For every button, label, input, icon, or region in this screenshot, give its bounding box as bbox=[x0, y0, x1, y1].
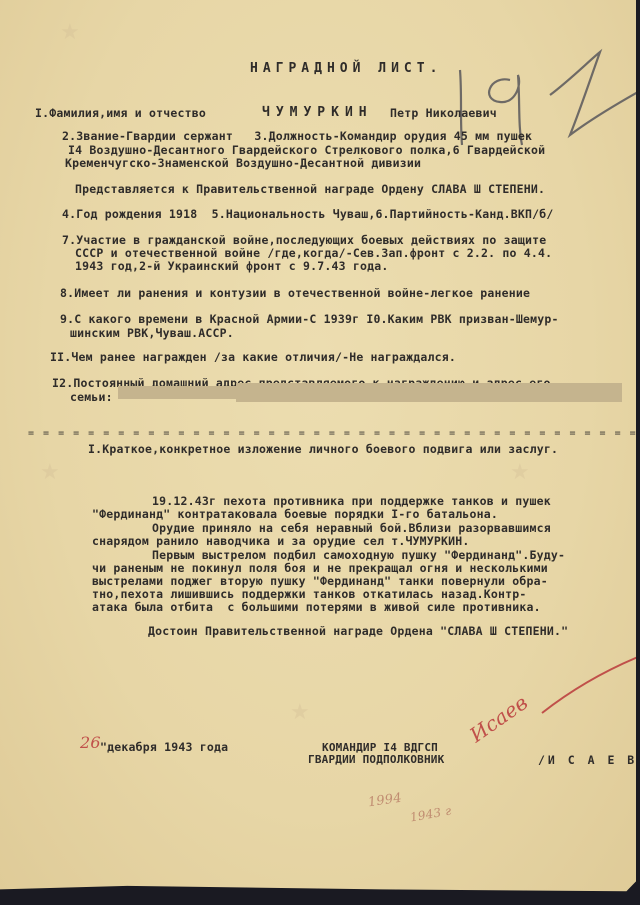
award-sheet-page: ★ ★ ★ ★ НАГРАДНОЙ ЛИСТ. I.Фамилия,имя и … bbox=[0, 0, 636, 893]
conclusion-line: Достоин Правительственной награде Ордена… bbox=[148, 625, 568, 638]
field-1-given-names: Петр Николаевич bbox=[390, 107, 497, 120]
field-10-conscription-office: шинским РВК,Чуваш.АССР. bbox=[70, 327, 234, 340]
faded-handwriting: 1994 bbox=[367, 792, 402, 810]
field-3-division: Кременчугско-Знаменской Воздушно-Десантн… bbox=[65, 157, 421, 170]
redacted-address bbox=[236, 383, 622, 402]
nomination-line: Представляется к Правительственной награ… bbox=[75, 183, 545, 196]
handwritten-date-day: 26 bbox=[80, 736, 101, 749]
field-4-birth-nationality-party: 4.Год рождения 1918 5.Национальность Чув… bbox=[62, 208, 554, 221]
separator-line: = = = = = = = = = = = = = = = = = = = = … bbox=[28, 428, 640, 439]
watermark-star-icon: ★ bbox=[60, 20, 80, 45]
faded-handwriting: 1943 г bbox=[409, 804, 452, 824]
narrative-line: атака была отбита с большими потерями в … bbox=[92, 601, 541, 614]
handwritten-signature: Исаев bbox=[469, 695, 530, 743]
field-1-surname: ЧУМУРКИН bbox=[262, 106, 373, 119]
field-2-rank-position: 2.Звание-Гвардии сержант 3.Должность-Ком… bbox=[62, 130, 532, 143]
document-title: НАГРАДНОЙ ЛИСТ. bbox=[250, 62, 442, 75]
watermark-star-icon: ★ bbox=[510, 460, 530, 485]
field-11-previous-awards: II.Чем ранее награжден /за какие отличия… bbox=[50, 351, 456, 364]
field-9-10-service: 9.С какого времени в Красной Армии-С 193… bbox=[60, 313, 559, 326]
field-8-wounds: 8.Имеет ли ранения и контузии в отечеств… bbox=[60, 287, 530, 300]
watermark-star-icon: ★ bbox=[40, 460, 60, 485]
signatory-position-2: ГВАРДИИ ПОДПОЛКОВНИК bbox=[308, 753, 444, 766]
field-7-line-3: 1943 год,2-й Украинский фронт с 9.7.43 г… bbox=[75, 260, 388, 273]
watermark-star-icon: ★ bbox=[290, 700, 310, 725]
field-1-label: I.Фамилия,имя и отчество bbox=[35, 107, 206, 120]
signature-date: "декабря 1943 года bbox=[100, 741, 228, 754]
signatory-name: /И С А Е В bbox=[538, 754, 637, 767]
narrative-line: снарядом ранило наводчика и за орудие се… bbox=[92, 535, 470, 548]
redacted-address bbox=[118, 386, 238, 399]
narrative-line: "Фердинанд" контратаковала боевые порядк… bbox=[92, 508, 498, 521]
red-pencil-stroke bbox=[540, 655, 640, 715]
field-12-family-label: семьи: bbox=[70, 391, 113, 404]
section-heading: I.Краткое,конкретное изложение личного б… bbox=[88, 443, 558, 456]
